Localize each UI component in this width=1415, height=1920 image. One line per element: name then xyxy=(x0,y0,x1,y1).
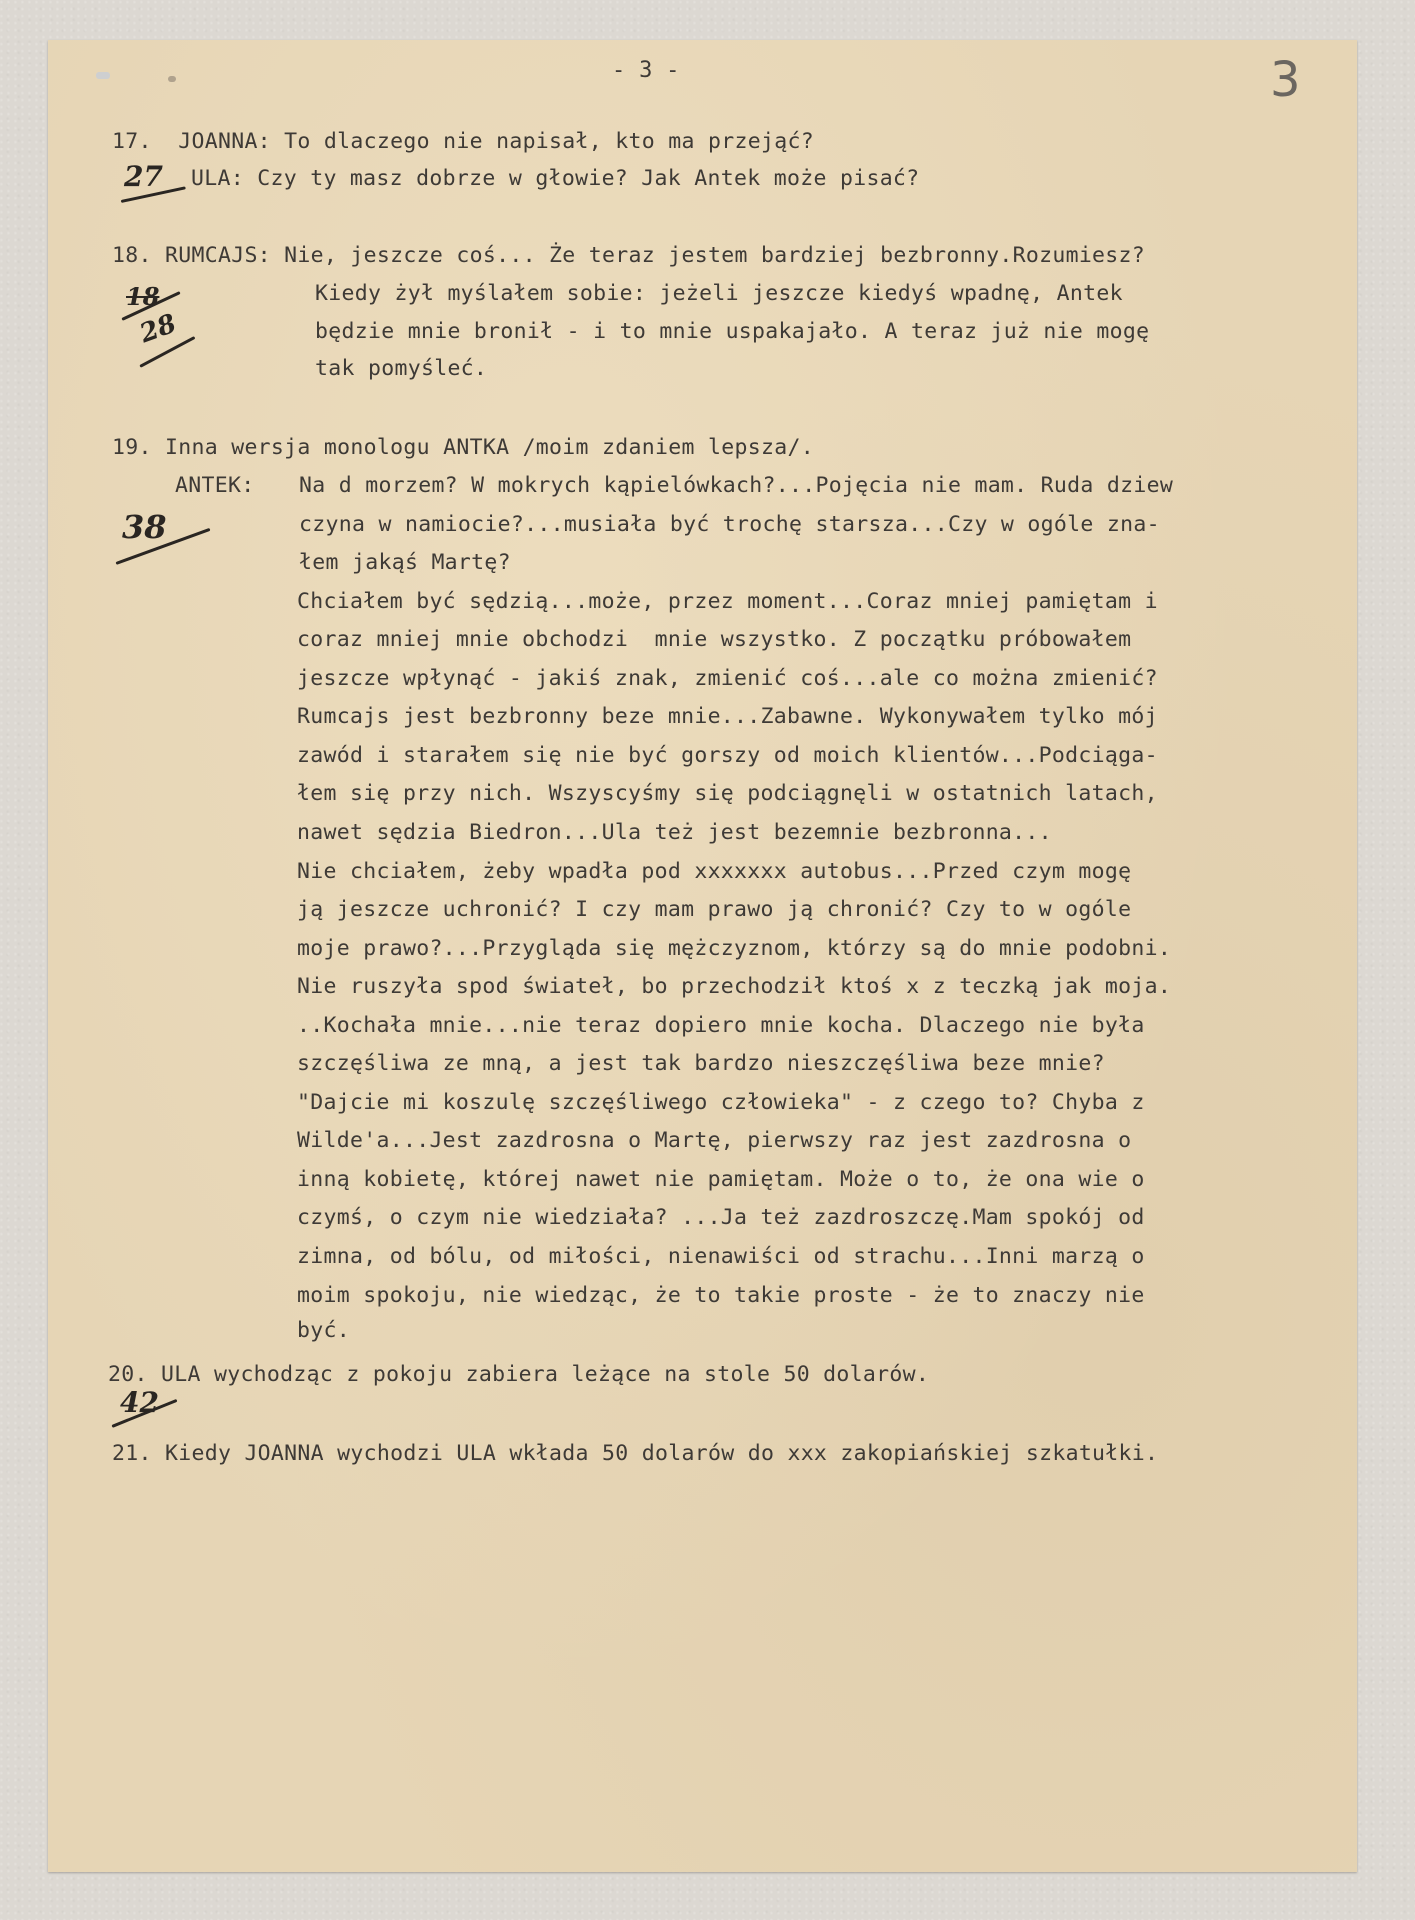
margin-note-27: 27 xyxy=(124,160,163,193)
monologue-line: Wilde'a...Jest zazdrosna o Martę, pierws… xyxy=(297,1130,1131,1152)
monologue-line: Chciałem być sędzią...może, przez moment… xyxy=(297,591,1158,613)
monologue-line: nawet sędzia Biedron...Ula też jest beze… xyxy=(297,822,1052,844)
monologue-line: moje prawo?...Przygląda się mężczyznom, … xyxy=(297,938,1171,960)
monologue-line: inną kobietę, której nawet nie pamiętam.… xyxy=(297,1169,1145,1191)
monologue-line: "Dajcie mi koszulę szczęśliwego człowiek… xyxy=(297,1092,1145,1114)
item-20: 20. ULA wychodząc z pokoju zabiera leżąc… xyxy=(108,1364,929,1386)
item-17-line-1: 17. JOANNA: To dlaczego nie napisał, kto… xyxy=(112,131,814,153)
pencil-page-number: 3 xyxy=(1270,52,1301,108)
item-18-line-3: będzie mnie bronił - i to mnie uspakajał… xyxy=(315,321,1149,343)
item-18-line-2: Kiedy żył myślałem sobie: jeżeli jeszcze… xyxy=(315,283,1123,305)
monologue-line: łem się przy nich. Wszyscyśmy się podcią… xyxy=(297,783,1158,805)
monologue-line: szczęśliwa ze mną, a jest tak bardzo nie… xyxy=(297,1053,1105,1075)
margin-note-38: 38 xyxy=(122,508,167,546)
monologue-line: Na d morzem? W mokrych kąpielówkach?...P… xyxy=(299,475,1173,497)
monologue-line: czyna w namiocie?...musiała być trochę s… xyxy=(299,514,1160,536)
monologue-line: moim spokoju, nie wiedząc, że to takie p… xyxy=(297,1285,1145,1307)
monologue-line: zawód i starałem się nie być gorszy od m… xyxy=(297,745,1158,767)
monologue-line: Nie chciałem, żeby wpadła pod xxxxxxx au… xyxy=(297,861,1131,883)
tape-mark xyxy=(168,76,176,82)
monologue-line: ..Kochała mnie...nie teraz dopiero mnie … xyxy=(297,1015,1145,1037)
typed-page-number: - 3 - xyxy=(612,60,680,82)
item-17-line-2: ULA: Czy ty masz dobrze w głowie? Jak An… xyxy=(191,168,919,190)
item-21: 21. Kiedy JOANNA wychodzi ULA wkłada 50 … xyxy=(112,1443,1158,1465)
tape-mark xyxy=(96,72,110,79)
monologue-line: coraz mniej mnie obchodzi mnie wszystko.… xyxy=(297,629,1131,651)
item-18-line-4: tak pomyśleć. xyxy=(315,358,487,380)
monologue-line: jeszcze wpłynąć - jakiś znak, zmienić co… xyxy=(297,668,1158,690)
margin-note-18-struck: 18 xyxy=(126,282,159,311)
monologue-line: być. xyxy=(297,1320,350,1342)
item-19-speaker: ANTEK: xyxy=(175,475,254,497)
monologue-line: Nie ruszyła spod świateł, bo przechodził… xyxy=(297,976,1171,998)
monologue-line: Rumcajs jest bezbronny beze mnie...Zabaw… xyxy=(297,706,1158,728)
item-19-heading: 19. Inna wersja monologu ANTKA /moim zda… xyxy=(112,437,814,459)
monologue-line: łem jakąś Martę? xyxy=(299,552,511,574)
monologue-line: czymś, o czym nie wiedziała? ...Ja też z… xyxy=(297,1207,1145,1229)
monologue-line: ją jeszcze uchronić? I czy mam prawo ją … xyxy=(297,899,1131,921)
monologue-line: zimna, od bólu, od miłości, nienawiści o… xyxy=(297,1246,1145,1268)
item-18-line-1: 18. RUMCAJS: Nie, jeszcze coś... Że tera… xyxy=(112,245,1145,267)
